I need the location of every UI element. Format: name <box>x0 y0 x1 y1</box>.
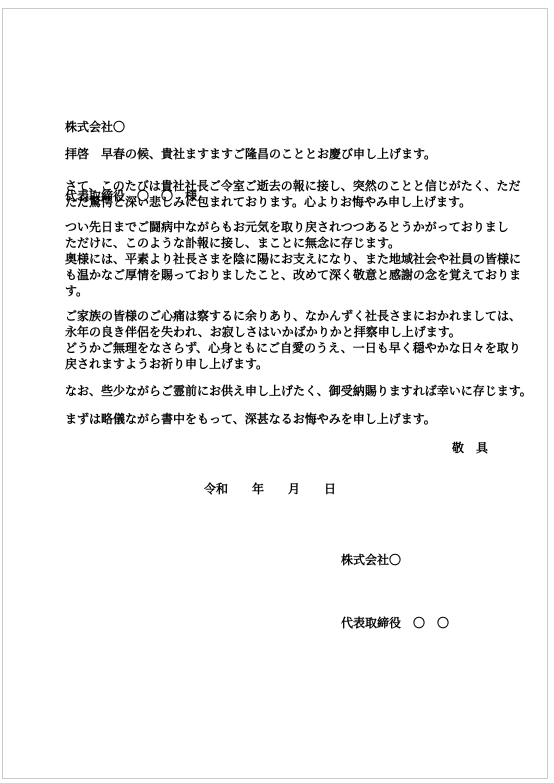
greeting-line: 拝啓 早春の候、貴社ますますご隆昌のこととお慶び申し上げます。 <box>65 146 436 162</box>
body-line: ご家族の皆様のご心痛は察するに余りあり、なかんずく社長さまにおかれましては、 <box>65 308 521 324</box>
paragraph-closing-remark: まずは略儀ながら書中をもって、深甚なるお悔やみを申し上げます。 <box>65 411 436 427</box>
recipient-company: 株式会社〇 <box>65 116 197 139</box>
signature-block: 株式会社〇 代表取締役 〇 〇 <box>341 508 449 676</box>
date-line: 令和 年 月 日 <box>204 481 336 497</box>
condolence-letter-page: 株式会社〇 代表取締役 〇 〇 様 拝啓 早春の候、貴社ますますご隆昌のこととお… <box>0 0 554 783</box>
closing-keigu: 敬 具 <box>452 440 488 456</box>
body-line: つい先日までご闘病中ながらもお元気を取り戻されつつあるとうかがっておりまし <box>65 219 521 235</box>
paragraph-sympathy: ご家族の皆様のご心痛は察するに余りあり、なかんずく社長さまにおかれましては、永年… <box>65 308 521 372</box>
body-line: どうかご無理をなさらず、心身ともにご自愛のうえ、一日も早く穏やかな日々を取り <box>65 340 521 356</box>
paragraph-regret: つい先日までご闘病中ながらもお元気を取り戻されつつあるとうかがっておりましただけ… <box>65 219 521 299</box>
signature-company: 株式会社〇 <box>341 550 449 571</box>
body-line: 戻されますようお祈り申し上げます。 <box>65 356 521 372</box>
body-line: 奥様には、平素より社長さまを陰に陽にお支えになり、また地域社会や社員の皆様に <box>65 251 521 267</box>
paragraph-condolence: さて、このたびは貴社社長ご令室ご逝去の報に接し、突然のことと信じがたく、ただただ… <box>65 178 521 210</box>
body-line: さて、このたびは貴社社長ご令室ご逝去の報に接し、突然のことと信じがたく、ただ <box>65 178 521 194</box>
signature-person: 代表取締役 〇 〇 <box>341 613 449 634</box>
body-line: ただけに、このような訃報に接し、まことに無念に存じます。 <box>65 235 521 251</box>
body-line: 永年の良き伴侶を失われ、お寂しさはいかばかりかと拝察申し上げます。 <box>65 324 521 340</box>
body-line: まずは略儀ながら書中をもって、深甚なるお悔やみを申し上げます。 <box>65 411 436 427</box>
body-line: なお、些少ながらご霊前にお供え申し上げたく、御受納賜りますれば幸いに存じます。 <box>65 383 532 399</box>
paragraph-offering: なお、些少ながらご霊前にお供え申し上げたく、御受納賜りますれば幸いに存じます。 <box>65 383 532 399</box>
body-line: ただ驚愕と深い悲しみに包まれております。心よりお悔やみ申し上げます。 <box>65 194 521 210</box>
body-line: す。 <box>65 283 521 299</box>
body-line: も温かなご厚情を賜っておりましたこと、改めて深く敬意と感謝の念を覚えておりま <box>65 267 521 283</box>
